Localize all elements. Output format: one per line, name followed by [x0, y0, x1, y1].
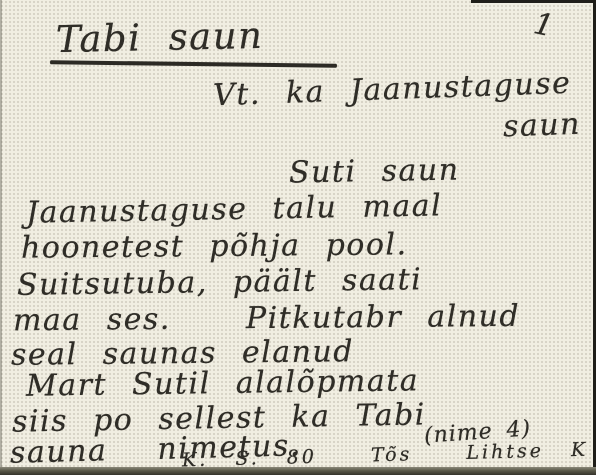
page-number: 1: [531, 6, 558, 45]
title-underline: [50, 60, 337, 68]
body-line: Jaanustaguse talu maal: [26, 188, 443, 230]
cross-reference-line-1: Vt. ka Jaanustaguse: [212, 66, 571, 113]
scan-edge-bottom: [0, 467, 596, 475]
scan-edge-top-right: [471, 0, 596, 3]
body-line: maa ses. Pitkutabr alnud: [13, 299, 520, 338]
cross-reference-line-2: saun: [502, 107, 581, 145]
card-title: Tabi saun: [56, 14, 264, 61]
card-heading: Suti saun: [289, 153, 460, 191]
body-line: Suitsutuba, päält saati: [17, 262, 423, 303]
scanned-note-card: Tabi saun 1 Vt. ka Jaanustaguse saun Sut…: [0, 0, 596, 475]
scan-edge-left: [0, 0, 2, 475]
body-line: hoonetest põhja pool.: [21, 227, 408, 265]
